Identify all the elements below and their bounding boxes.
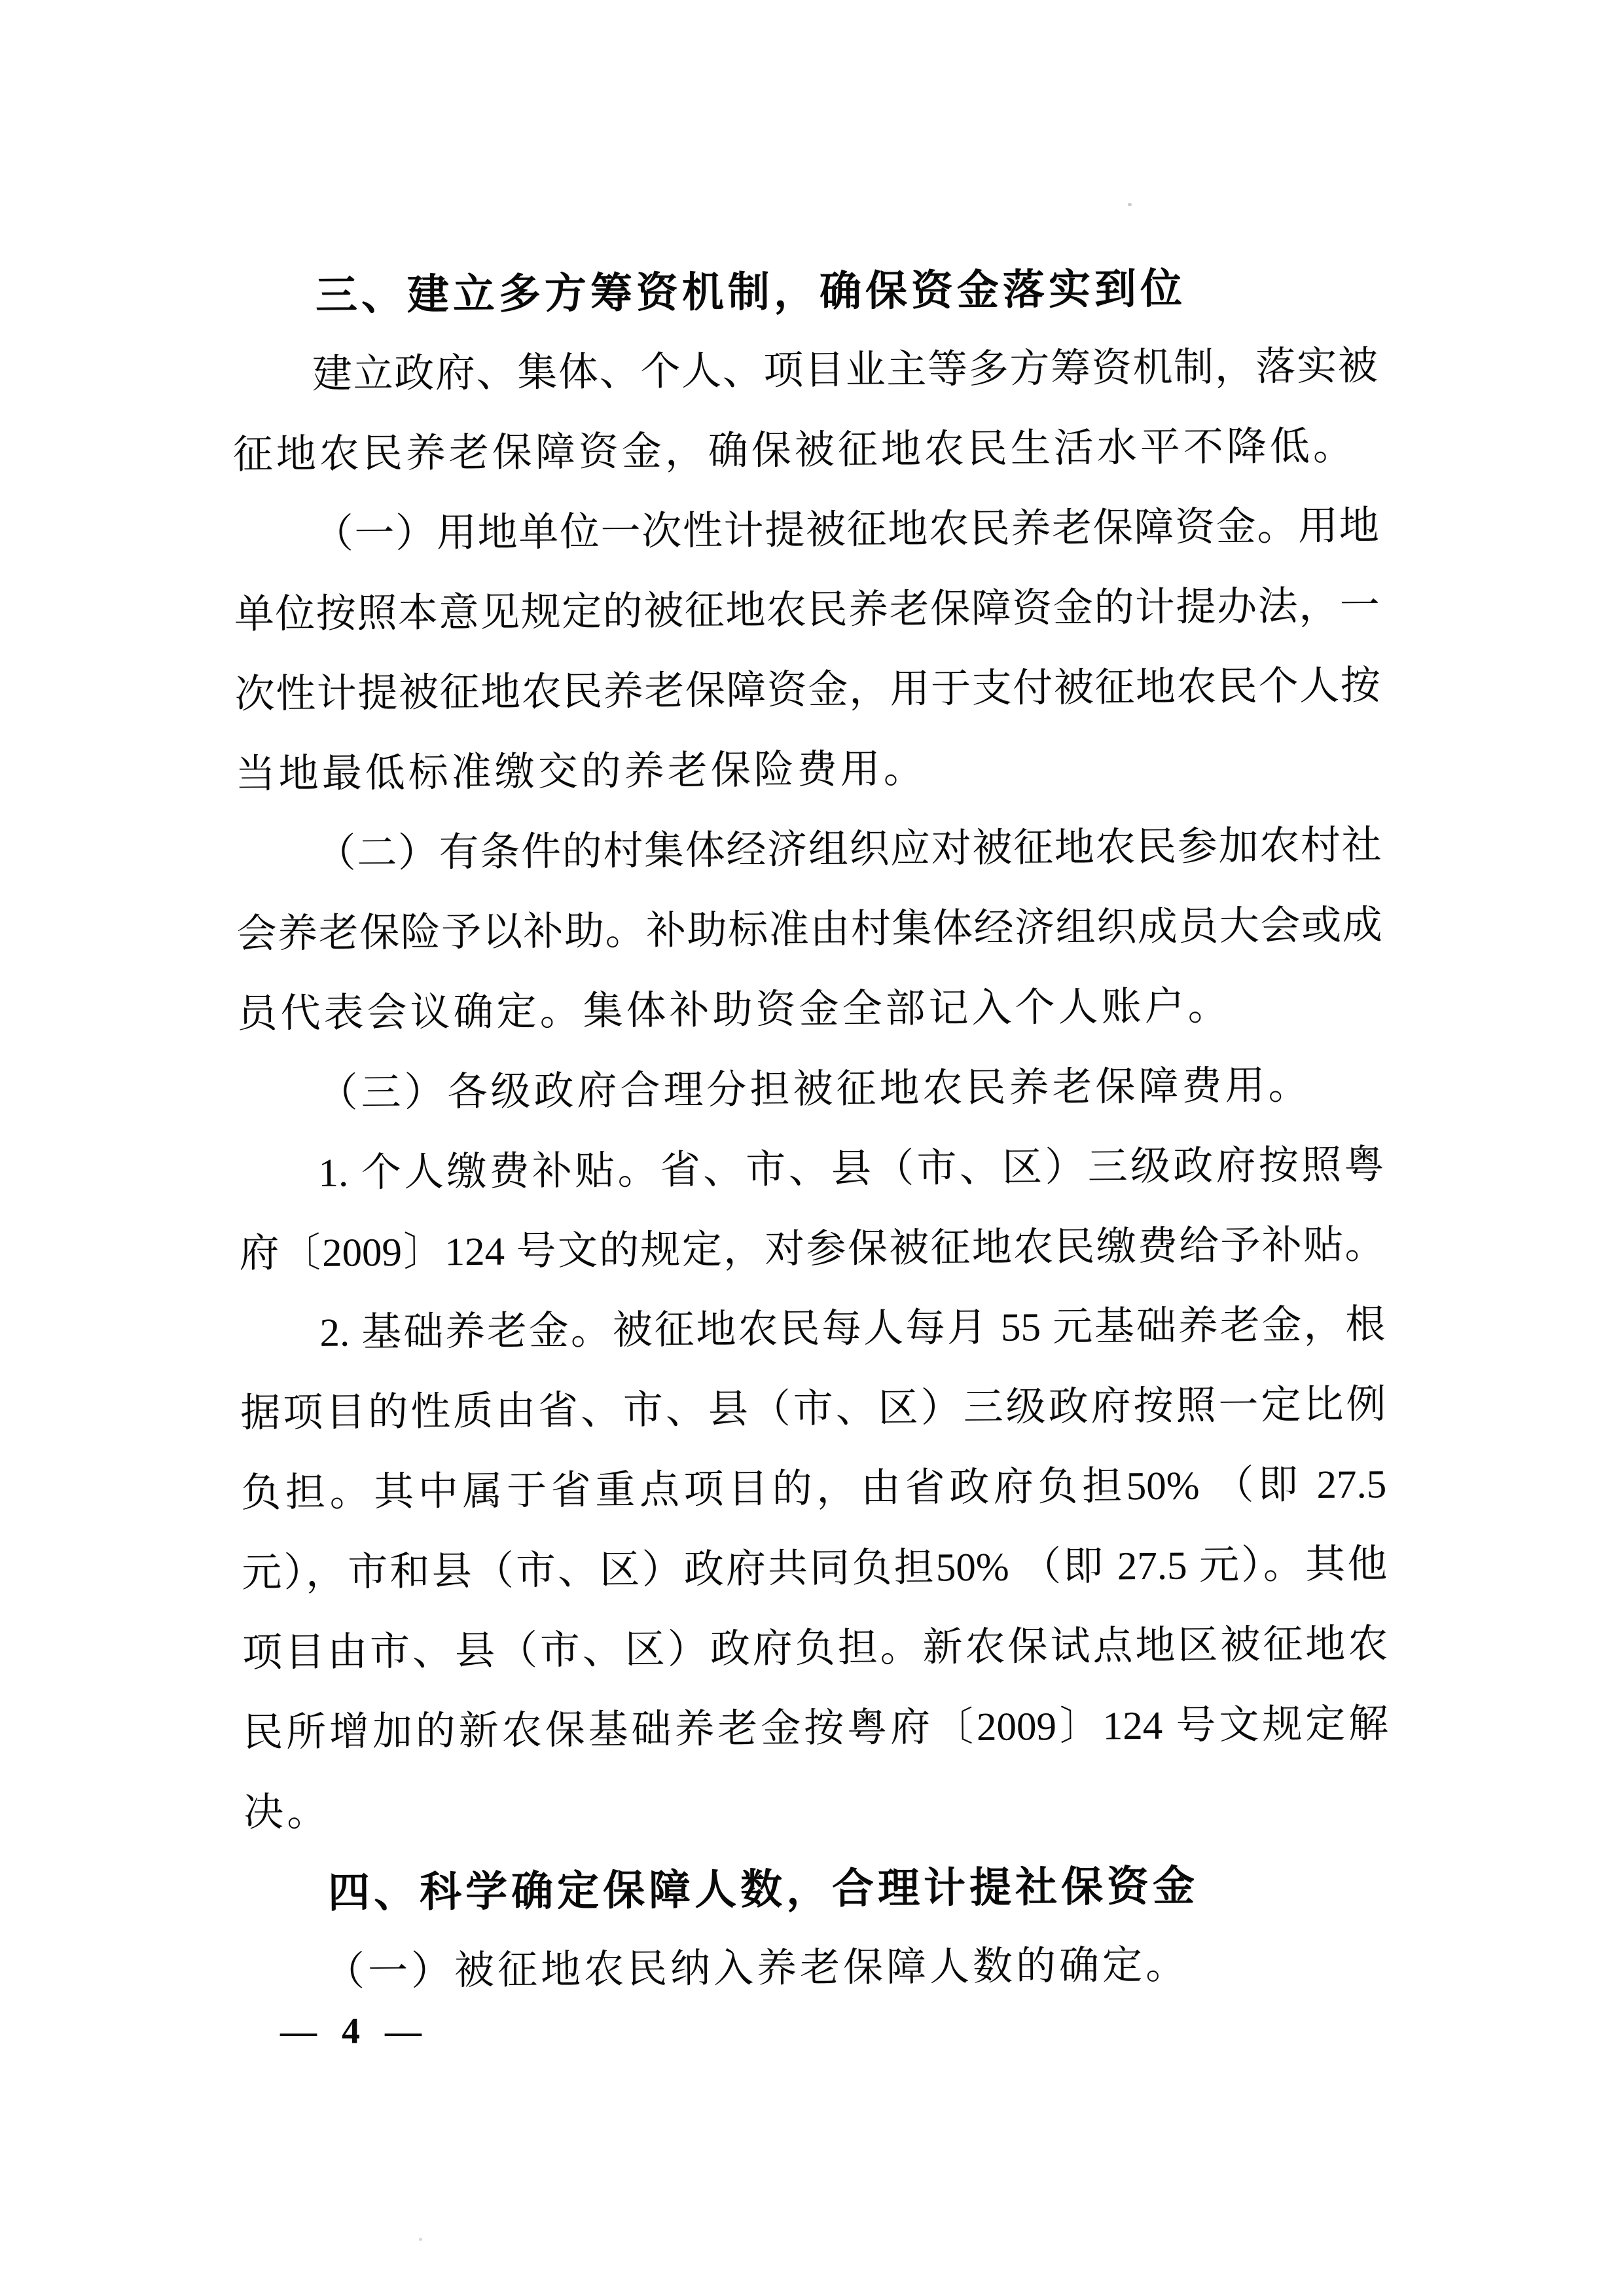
body-line-2: 征地农民养老保障资金，确保被征地农民生活水平不降低。 bbox=[232, 407, 1379, 496]
body-line-14: 据项目的性质由省、市、县（市、区）三级政府按照一定比例 bbox=[240, 1365, 1386, 1454]
section-heading-3: 三、建立多方筹资机制，确保资金落实到位 bbox=[231, 247, 1377, 336]
body-line-5: 次性计提被征地农民养老保障资金，用于支付被征地农民个人按 bbox=[234, 646, 1380, 735]
body-line-6: 当地最低标准缴交的养老保险费用。 bbox=[235, 726, 1381, 815]
body-line-17: 项目由市、县（市、区）政府负担。新农保试点地区被征地农 bbox=[242, 1605, 1388, 1694]
scan-speck bbox=[1128, 203, 1132, 206]
body-line-10: （三）各级政府合理分担被征地农民养老保障费用。 bbox=[238, 1046, 1384, 1135]
body-line-16: 元），市和县（市、区）政府共同负担50% （即 27.5 元）。其他 bbox=[242, 1525, 1388, 1614]
body-line-21: （一）被征地农民纳入养老保障人数的确定。 bbox=[245, 1924, 1391, 2013]
body-line-3: （一）用地单位一次性计提被征地农民养老保障资金。用地 bbox=[233, 486, 1379, 575]
section-heading-4: 四、科学确定保障人数，合理计提社保资金 bbox=[244, 1844, 1390, 1933]
body-line-12: 府〔2009〕124 号文的规定，对参保被征地农民缴费给予补贴。 bbox=[239, 1205, 1385, 1294]
body-line-18: 民所增加的新农保基础养老金按粤府〔2009〕124 号文规定解 bbox=[243, 1685, 1389, 1774]
body-line-4: 单位按照本意见规定的被征地农民养老保障资金的计提办法，一 bbox=[234, 566, 1380, 655]
scan-speck bbox=[419, 2238, 422, 2241]
page-number: — 4 — bbox=[280, 2002, 429, 2061]
body-line-15: 负担。其中属于省重点项目的，由省政府负担50% （即 27.5 bbox=[241, 1445, 1387, 1534]
body-line-7: （二）有条件的村集体经济组织应对被征地农民参加农村社 bbox=[236, 806, 1382, 895]
document-body: 三、建立多方筹资机制，确保资金落实到位 建立政府、集体、个人、项目业主等多方筹资… bbox=[231, 247, 1390, 2013]
body-line-13: 2. 基础养老金。被征地农民每人每月 55 元基础养老金，根 bbox=[240, 1285, 1386, 1374]
scanned-document-page: 三、建立多方筹资机制，确保资金落实到位 建立政府、集体、个人、项目业主等多方筹资… bbox=[0, 0, 1622, 2296]
body-line-1: 建立政府、集体、个人、项目业主等多方筹资机制，落实被 bbox=[232, 327, 1378, 416]
body-line-9: 员代表会议确定。集体补助资金全部记入个人账户。 bbox=[237, 966, 1383, 1055]
body-line-11: 1. 个人缴费补贴。省、市、县（市、区）三级政府按照粤 bbox=[238, 1125, 1384, 1214]
body-line-19: 决。 bbox=[243, 1764, 1390, 1853]
body-line-8: 会养老保险予以补助。补助标准由村集体经济组织成员大会或成 bbox=[236, 886, 1382, 975]
